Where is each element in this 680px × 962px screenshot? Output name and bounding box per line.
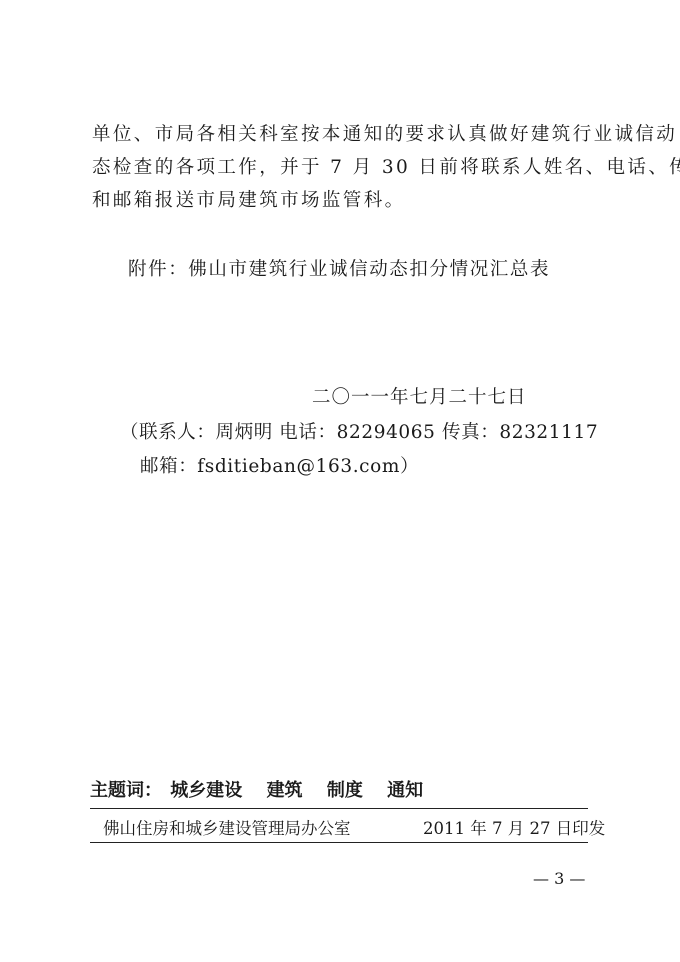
body-line: 态检查的各项工作，并于 7 月 30 日前将联系人姓名、电话、传真: [92, 151, 592, 184]
contact-line-2: 邮箱：fsditieban@163.com）: [140, 452, 419, 478]
divider-top: [90, 808, 588, 809]
issuing-office: 佛山住房和城乡建设管理局办公室: [103, 815, 351, 839]
body-line: 单位、市局各相关科室按本通知的要求认真做好建筑行业诚信动: [92, 118, 592, 151]
keyword: 城乡建设: [170, 780, 242, 801]
keyword: 通知: [387, 780, 423, 801]
contact-line-1: （联系人：周炳明 电话：82294065 传真：82321117: [120, 418, 598, 444]
attachment-note: 附件：佛山市建筑行业诚信动态扣分情况汇总表: [128, 255, 550, 281]
issue-date: 2011 年 7 月 27 日印发: [423, 815, 605, 839]
page-number: — 3 —: [533, 869, 585, 888]
keyword: 制度: [327, 780, 363, 801]
body-line: 和邮箱报送市局建筑市场监管科。: [92, 184, 592, 217]
keyword: 建筑: [267, 780, 303, 801]
document-date: 二〇一一年七月二十七日: [312, 383, 527, 409]
subject-keywords: 主题词： 城乡建设 建筑 制度 通知: [90, 776, 441, 802]
keywords-label: 主题词：: [90, 780, 162, 801]
body-paragraph: 单位、市局各相关科室按本通知的要求认真做好建筑行业诚信动 态检查的各项工作，并于…: [92, 118, 592, 217]
divider-bottom: [90, 842, 588, 843]
